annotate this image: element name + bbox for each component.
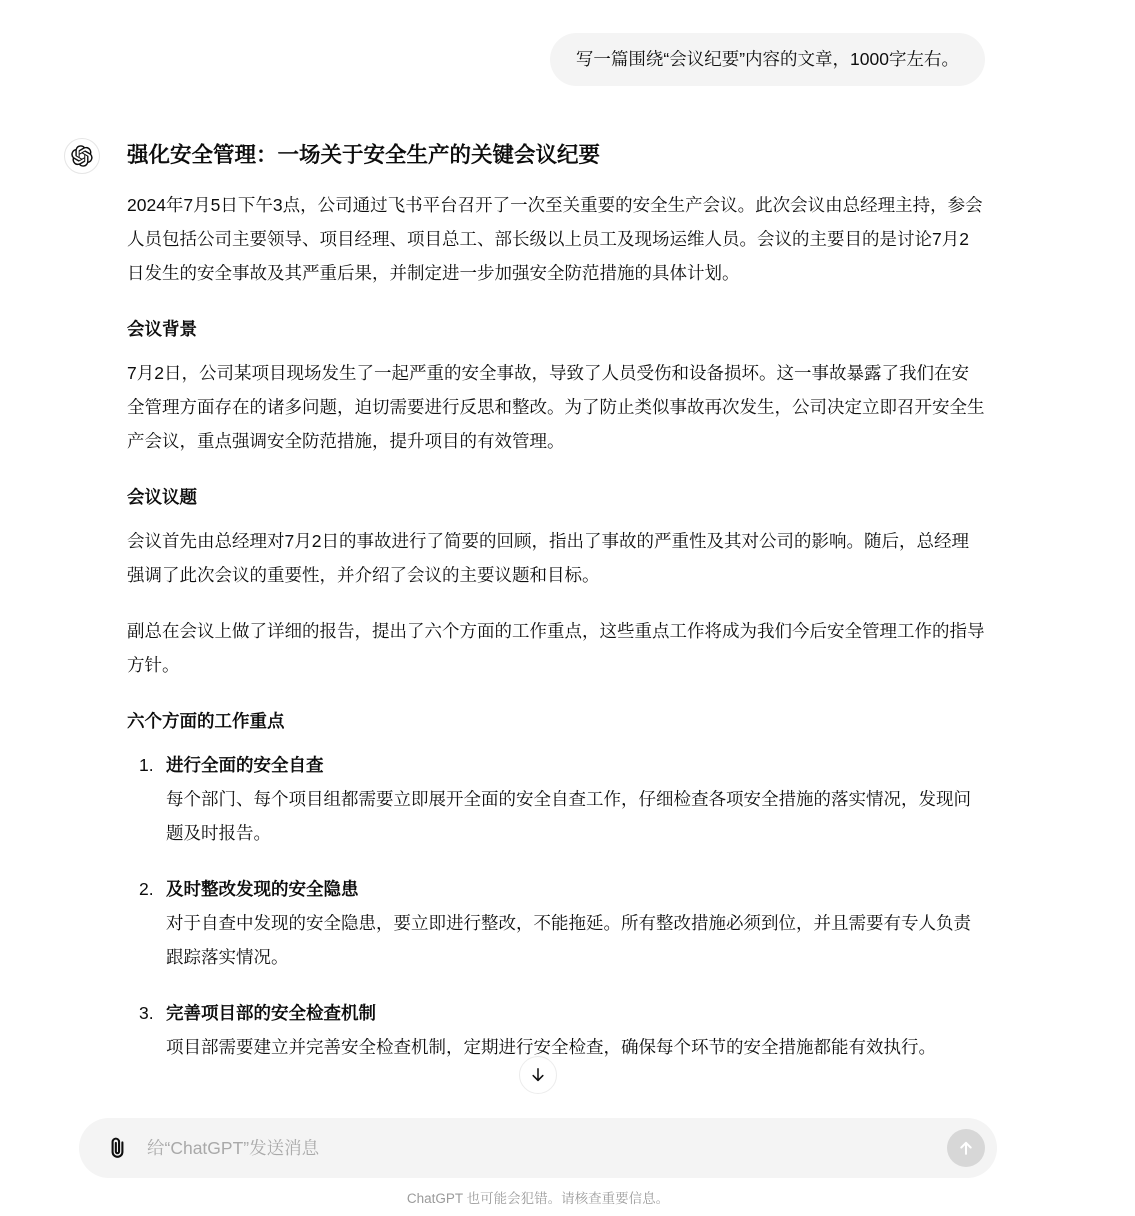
list-item: 3. 完善项目部的安全检查机制 项目部需要建立并完善安全检查机制，定期进行安全检… bbox=[139, 996, 985, 1064]
list-item: 2. 及时整改发现的安全隐患 对于自查中发现的安全隐患，要立即进行整改，不能拖延… bbox=[139, 872, 985, 974]
disclaimer-text: ChatGPT 也可能会犯错。请核查重要信息。 bbox=[79, 1187, 997, 1207]
list-item-title: 进行全面的安全自查 bbox=[166, 748, 985, 782]
list-item: 1. 进行全面的安全自查 每个部门、每个项目组都需要立即展开全面的安全自查工作，… bbox=[139, 748, 985, 850]
keypoints-list: 1. 进行全面的安全自查 每个部门、每个项目组都需要立即展开全面的安全自查工作，… bbox=[127, 748, 985, 1064]
list-item-number: 1. bbox=[139, 748, 166, 782]
assistant-message-content: 强化安全管理：一场关于安全生产的关键会议纪要 2024年7月5日下午3点，公司通… bbox=[127, 136, 985, 1086]
list-item-title: 及时整改发现的安全隐患 bbox=[166, 872, 985, 906]
list-item-body: 项目部需要建立并完善安全检查机制，定期进行安全检查，确保每个环节的安全措施都能有… bbox=[166, 1030, 985, 1064]
scroll-to-bottom-button[interactable] bbox=[519, 1056, 557, 1094]
topics-paragraph-2: 副总在会议上做了详细的报告，提出了六个方面的工作重点，这些重点工作将成为我们今后… bbox=[127, 614, 985, 682]
section-heading-topics: 会议议题 bbox=[127, 484, 985, 510]
assistant-avatar bbox=[64, 138, 100, 174]
arrow-down-icon bbox=[528, 1065, 548, 1085]
list-item-body: 每个部门、每个项目组都需要立即展开全面的安全自查工作，仔细检查各项安全措施的落实… bbox=[166, 782, 985, 850]
send-button[interactable] bbox=[947, 1129, 985, 1167]
section-heading-background: 会议背景 bbox=[127, 316, 985, 342]
assistant-message-row: 强化安全管理：一场关于安全生产的关键会议纪要 2024年7月5日下午3点，公司通… bbox=[64, 136, 985, 1086]
chat-page: 写一篇围绕“会议纪要”内容的文章，1000字左右。 强化安全管理：一场关于安全生… bbox=[0, 0, 1135, 1216]
attach-file-button[interactable] bbox=[104, 1134, 130, 1162]
message-composer[interactable] bbox=[79, 1118, 997, 1178]
user-message-text: 写一篇围绕“会议纪要”内容的文章，1000字左右。 bbox=[576, 49, 959, 69]
list-item-title: 完善项目部的安全检查机制 bbox=[166, 996, 985, 1030]
topics-paragraph-1: 会议首先由总经理对7月2日的事故进行了简要的回顾，指出了事故的严重性及其对公司的… bbox=[127, 524, 985, 592]
paperclip-icon bbox=[105, 1135, 130, 1162]
section-heading-keypoints: 六个方面的工作重点 bbox=[127, 708, 985, 734]
message-input[interactable] bbox=[145, 1137, 935, 1160]
list-item-number: 2. bbox=[139, 872, 166, 906]
openai-logo-icon bbox=[71, 145, 93, 167]
user-message-row: 写一篇围绕“会议纪要”内容的文章，1000字左右。 bbox=[0, 0, 1135, 86]
intro-paragraph: 2024年7月5日下午3点，公司通过飞书平台召开了一次至关重要的安全生产会议。此… bbox=[127, 188, 985, 290]
arrow-up-icon bbox=[956, 1138, 976, 1158]
response-title: 强化安全管理：一场关于安全生产的关键会议纪要 bbox=[127, 140, 985, 170]
user-message-bubble: 写一篇围绕“会议纪要”内容的文章，1000字左右。 bbox=[550, 33, 985, 86]
list-item-number: 3. bbox=[139, 996, 166, 1030]
background-paragraph: 7月2日，公司某项目现场发生了一起严重的安全事故，导致了人员受伤和设备损坏。这一… bbox=[127, 356, 985, 458]
list-item-body: 对于自查中发现的安全隐患，要立即进行整改，不能拖延。所有整改措施必须到位，并且需… bbox=[166, 906, 985, 974]
